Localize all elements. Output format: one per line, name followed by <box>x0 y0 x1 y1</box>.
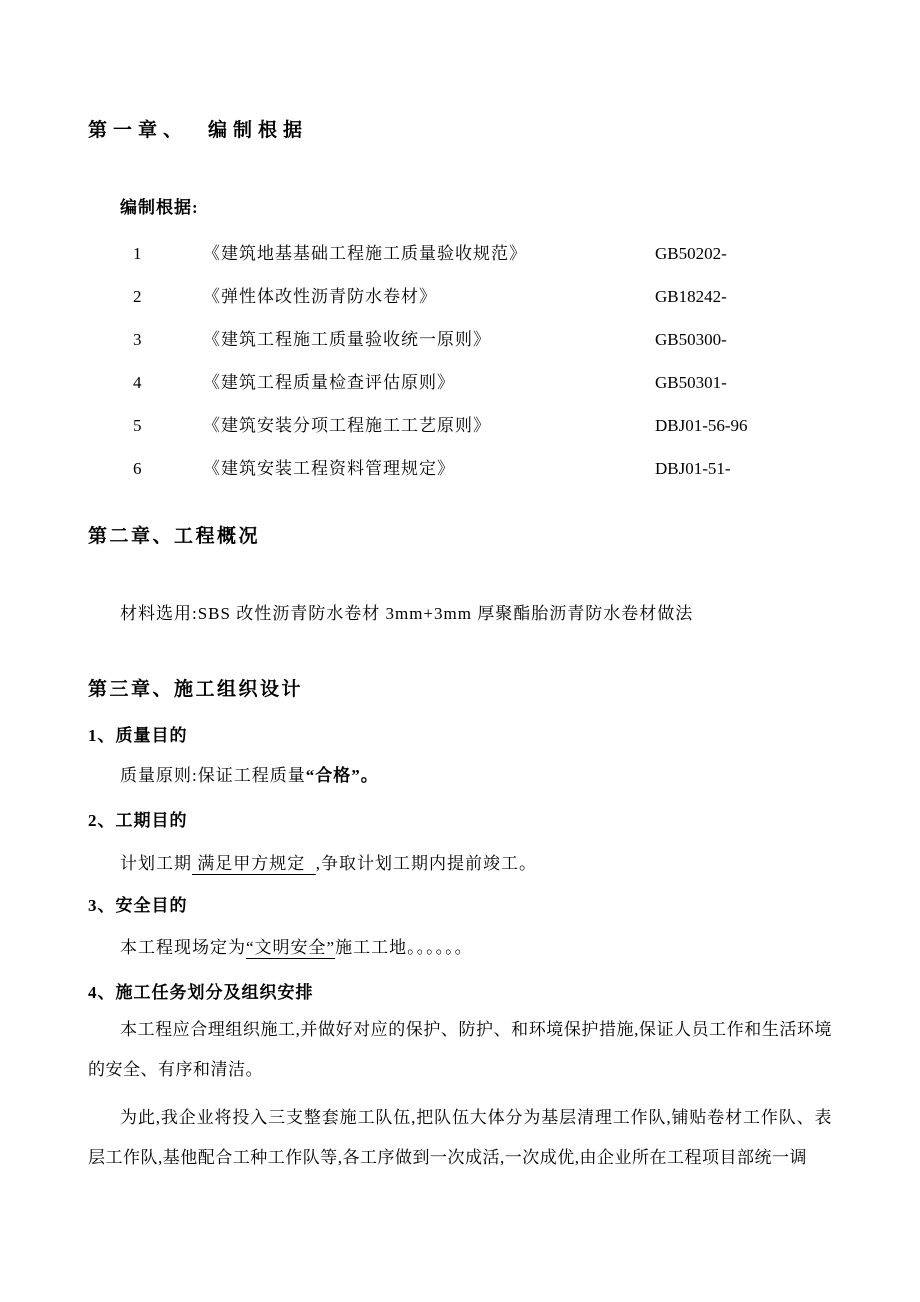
ref-code: GB50202- <box>655 244 727 264</box>
chapter1-title: 编制根据 <box>208 120 308 141</box>
section3-heading: 3、安全目的 <box>88 895 832 917</box>
ref-number: 4 <box>133 373 203 393</box>
ref-code: DBJ01-56-96 <box>655 416 748 436</box>
duration-underlined-phrase: 满足甲方规定 <box>192 854 316 873</box>
compilation-basis-label: 编制根据: <box>88 198 832 218</box>
ref-number: 6 <box>133 459 203 479</box>
ref-title: 《建筑安装工程资料管理规定》 <box>203 459 655 479</box>
body-paragraph: 本工程应合理组织施工,并做好对应的保护、防护、和环境保护措施,保证人员工作和生活… <box>88 1010 832 1090</box>
reference-row: 1 《建筑地基基础工程施工质量验收规范》 GB50202- <box>88 244 832 264</box>
reference-row: 4 《建筑工程质量检查评估原则》 GB50301- <box>88 373 832 393</box>
safety-post-text: 施工工地。。。。。。 <box>335 938 473 957</box>
chapter2-heading: 第二章、工程概况 <box>88 526 832 548</box>
ref-title: 《建筑工程施工质量验收统一原则》 <box>203 330 655 350</box>
duration-target-line: 计划工期 满足甲方规定 ,争取计划工期内提前竣工。 <box>88 852 832 876</box>
ref-code: GB50300- <box>655 330 727 350</box>
ref-number: 3 <box>133 330 203 350</box>
material-selection-line: 材料选用:SBS 改性沥青防水卷材 3mm+3mm 厚聚酯胎沥青防水卷材做法 <box>88 602 832 626</box>
body-paragraph: 为此,我企业将投入三支整套施工队伍,把队伍大体分为基层清理工作队,铺贴卷材工作队… <box>88 1098 832 1178</box>
reference-row: 2 《弹性体改性沥青防水卷材》 GB18242- <box>88 287 832 307</box>
ref-code: DBJ01-51- <box>655 459 731 479</box>
quality-principle-text: 质量原则:保证工程质量 <box>120 766 306 785</box>
duration-post-text: ,争取计划工期内提前竣工。 <box>316 854 537 873</box>
ref-title: 《弹性体改性沥青防水卷材》 <box>203 287 655 307</box>
quality-grade-bold: “合格”。 <box>306 766 379 785</box>
ref-number: 2 <box>133 287 203 307</box>
ref-code: GB18242- <box>655 287 727 307</box>
reference-row: 5 《建筑安装分项工程施工工艺原则》 DBJ01-56-96 <box>88 416 832 436</box>
reference-row: 6 《建筑安装工程资料管理规定》 DBJ01-51- <box>88 459 832 479</box>
ref-code: GB50301- <box>655 373 727 393</box>
ref-number: 1 <box>133 244 203 264</box>
safety-target-line: 本工程现场定为“文明安全”施工工地。。。。。。 <box>88 936 832 960</box>
quality-principle-line: 质量原则:保证工程质量“合格”。 <box>88 764 832 788</box>
section1-heading: 1、质量目的 <box>88 725 832 747</box>
document-page: 第一章、编制根据 编制根据: 1 《建筑地基基础工程施工质量验收规范》 GB50… <box>0 0 920 1302</box>
ref-title: 《建筑安装分项工程施工工艺原则》 <box>203 416 655 436</box>
chapter3-heading: 第三章、施工组织设计 <box>88 679 832 701</box>
chapter1-heading: 第一章、编制根据 <box>88 120 832 142</box>
chapter1-number: 第一章、 <box>88 120 188 141</box>
ref-number: 5 <box>133 416 203 436</box>
ref-title: 《建筑工程质量检查评估原则》 <box>203 373 655 393</box>
ref-title: 《建筑地基基础工程施工质量验收规范》 <box>203 244 655 264</box>
reference-row: 3 《建筑工程施工质量验收统一原则》 GB50300- <box>88 330 832 350</box>
safety-underlined-phrase: “文明安全” <box>246 938 335 957</box>
duration-pre-text: 计划工期 <box>120 854 192 873</box>
safety-pre-text: 本工程现场定为 <box>120 938 246 957</box>
section4-heading: 4、施工任务划分及组织安排 <box>88 982 832 1004</box>
section2-heading: 2、工期目的 <box>88 810 832 832</box>
